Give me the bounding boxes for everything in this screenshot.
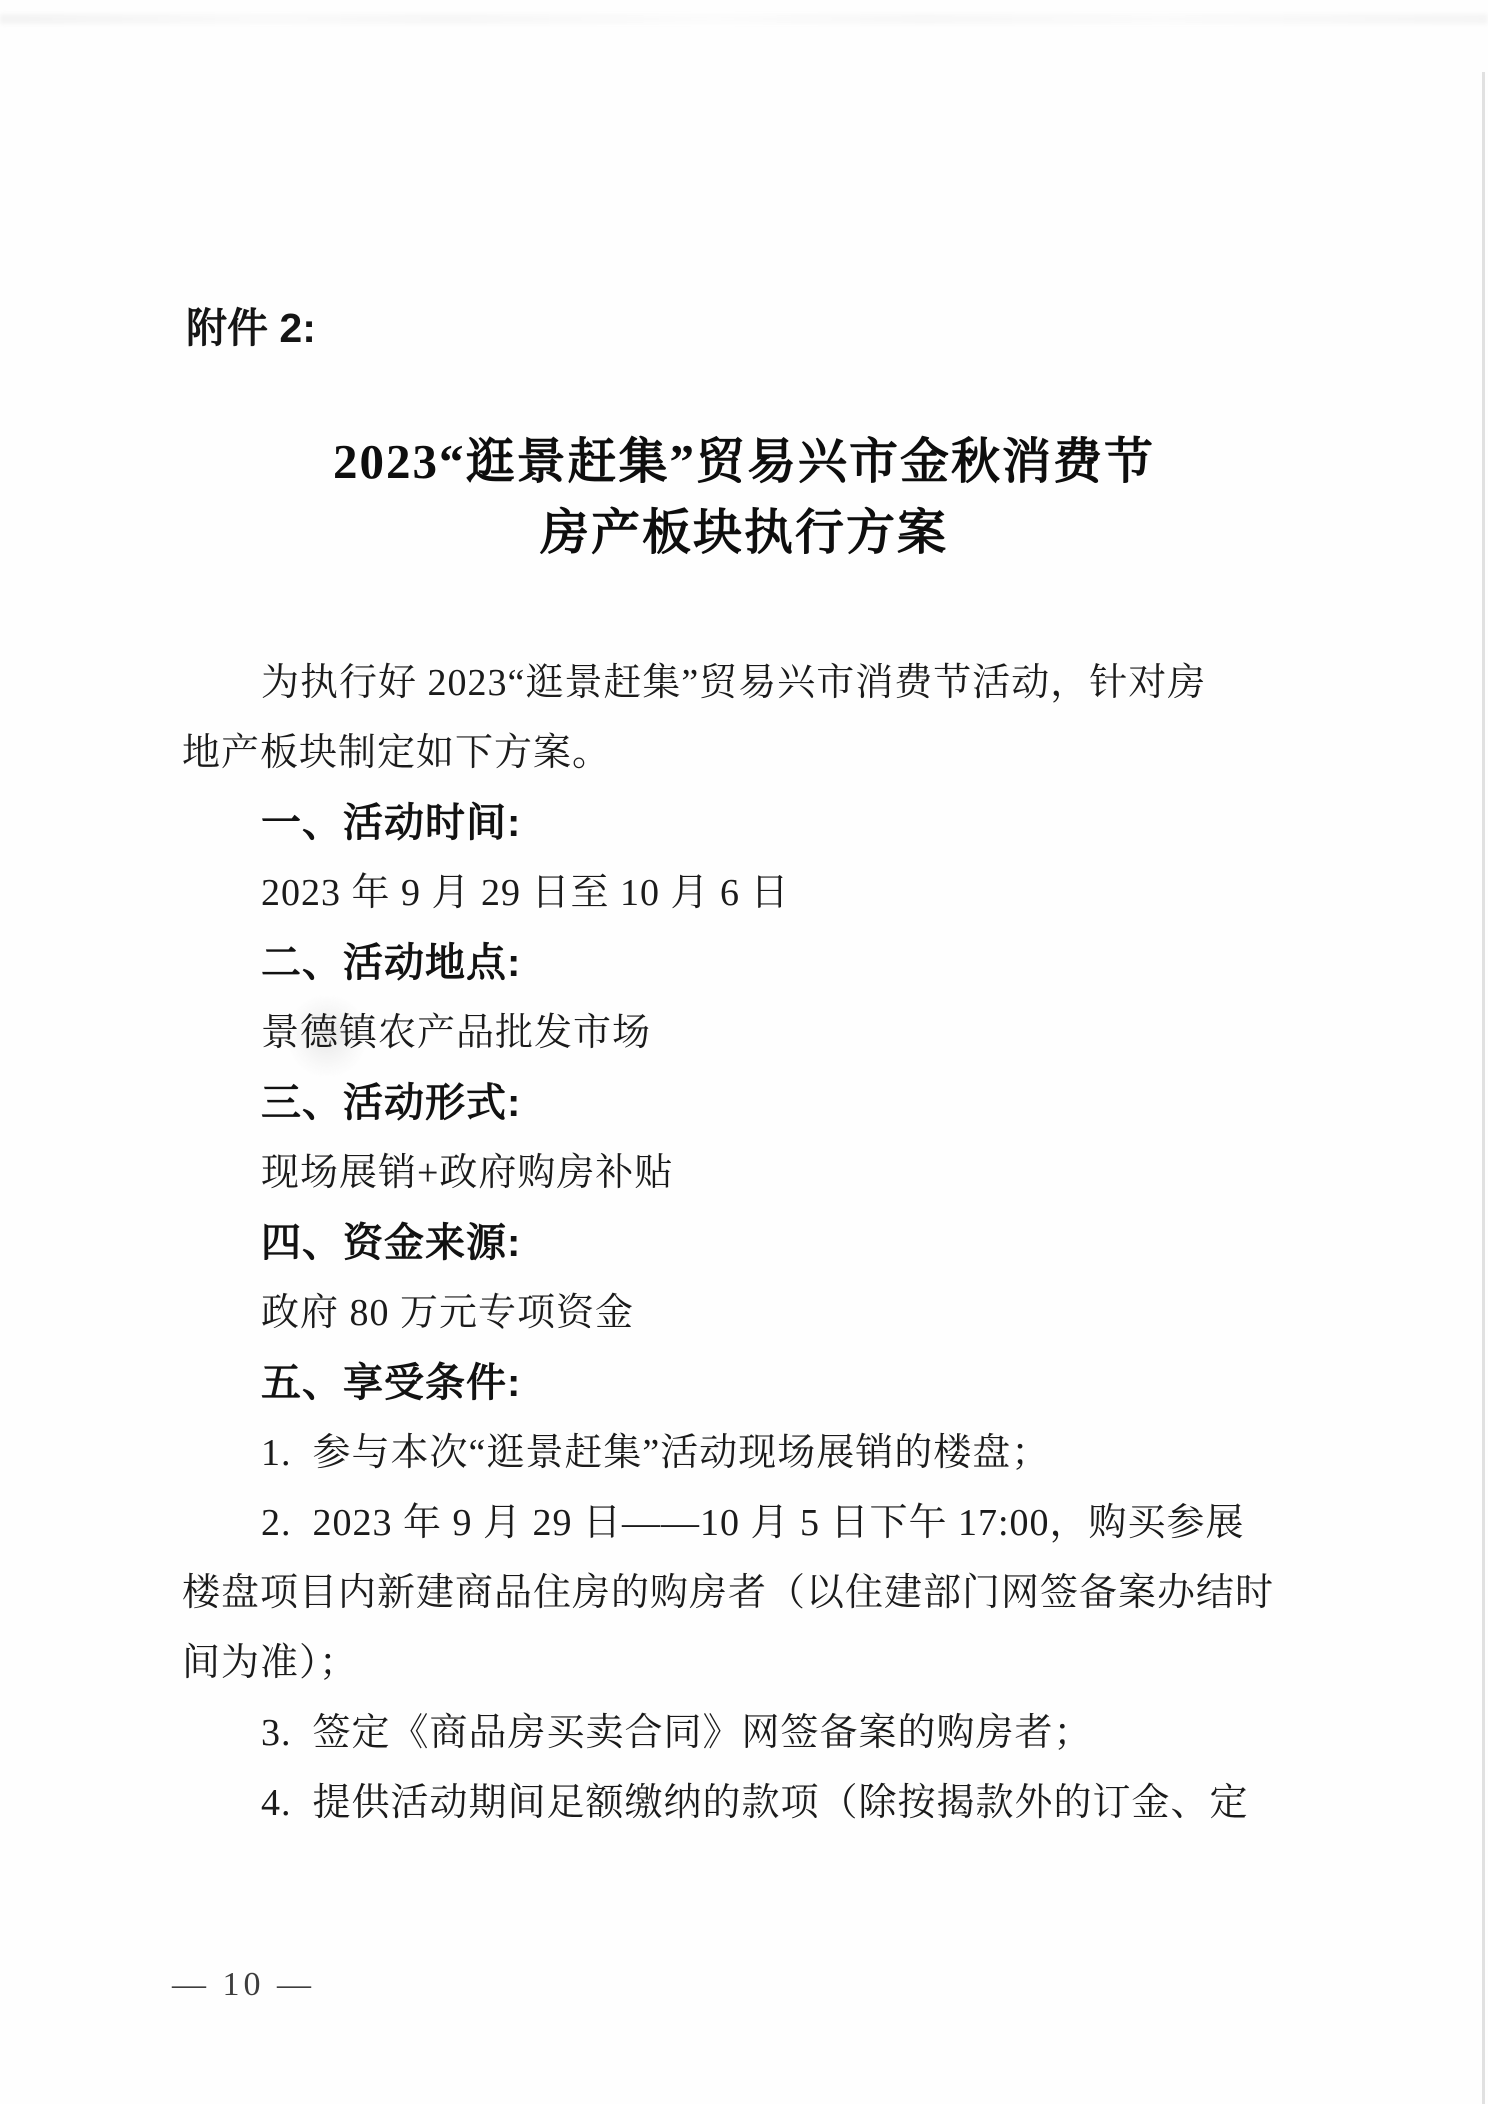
text-line: 2. 2023 年 9 月 29 日——10 月 5 日下午 17:00，购买参… xyxy=(182,1488,1322,1558)
text-line: 3. 签定《商品房买卖合同》网签备案的购房者； xyxy=(182,1698,1322,1768)
document-title: 2023“逛景赶集”贸易兴市金秋消费节 房产板块执行方案 xyxy=(0,426,1488,568)
page-number: — 10 — xyxy=(172,1962,315,2008)
scan-artifact-top xyxy=(0,14,1488,24)
text-line: 2023 年 9 月 29 日至 10 月 6 日 xyxy=(182,858,1322,928)
document-title-line2: 房产板块执行方案 xyxy=(0,497,1488,568)
document-title-line1: 2023“逛景赶集”贸易兴市金秋消费节 xyxy=(0,426,1488,497)
text-line: 五、享受条件: xyxy=(182,1348,1322,1418)
attachment-label: 附件 2: xyxy=(186,300,316,356)
text-line: 三、活动形式: xyxy=(182,1068,1322,1138)
document-page: 附件 2: 2023“逛景赶集”贸易兴市金秋消费节 房产板块执行方案 为执行好 … xyxy=(0,0,1488,2104)
text-line: 景德镇农产品批发市场 xyxy=(182,998,1322,1068)
text-line: 政府 80 万元专项资金 xyxy=(182,1278,1322,1348)
scan-artifact-right-edge xyxy=(1482,72,1485,2104)
document-body: 为执行好 2023“逛景赶集”贸易兴市消费节活动，针对房地产板块制定如下方案。一… xyxy=(182,648,1322,1838)
text-line: 楼盘项目内新建商品住房的购房者（以住建部门网签备案办结时 xyxy=(182,1558,1322,1628)
text-line: 间为准）； xyxy=(182,1628,1322,1698)
text-line: 二、活动地点: xyxy=(182,928,1322,998)
text-line: 一、活动时间: xyxy=(182,788,1322,858)
text-line: 1. 参与本次“逛景赶集”活动现场展销的楼盘； xyxy=(182,1418,1322,1488)
text-line: 现场展销+政府购房补贴 xyxy=(182,1138,1322,1208)
text-line: 四、资金来源: xyxy=(182,1208,1322,1278)
text-line: 4. 提供活动期间足额缴纳的款项（除按揭款外的订金、定 xyxy=(182,1768,1322,1838)
text-line: 地产板块制定如下方案。 xyxy=(182,718,1322,788)
text-line: 为执行好 2023“逛景赶集”贸易兴市消费节活动，针对房 xyxy=(182,648,1322,718)
